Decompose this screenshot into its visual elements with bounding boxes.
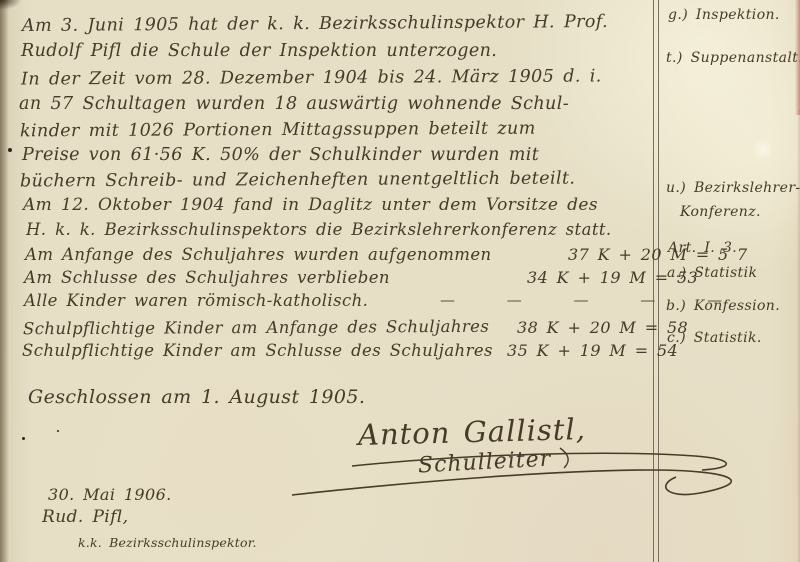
chronicle-line: Rudolf Pifl die Schule der Inspektion un…	[21, 43, 497, 61]
stat-value: 35 K + 19 M = 54	[507, 343, 678, 359]
stat-label: Am Schlusse des Schuljahres verblieben	[24, 270, 390, 287]
margin-note: Art. I. 3.	[668, 241, 737, 255]
ink-speck	[57, 430, 59, 432]
ink-speck	[8, 148, 12, 152]
margin-note: b.) Konfession.	[666, 299, 780, 313]
stat-value: 38 K + 20 M = 58	[517, 320, 688, 336]
signature-title: Schulleiter	[418, 449, 552, 478]
margin-note: u.) Bezirkslehrer-	[666, 181, 800, 195]
chronicle-line: an 57 Schultagen wurden 18 auswärtig woh…	[19, 96, 569, 114]
margin-note: c.) Statistik.	[667, 331, 762, 345]
chronicle-line: kinder mit 1026 Portionen Mittagssuppen …	[20, 121, 536, 141]
paper-flaw	[752, 138, 774, 160]
dark-corner	[0, 0, 22, 10]
stat-label: Schulpflichtige Kinder am Anfange des Sc…	[23, 319, 489, 338]
inspector-title: k.k. Bezirksschulinspektor.	[78, 537, 257, 550]
stat-label: Am Anfange des Schuljahres wurden aufgen…	[25, 247, 492, 264]
margin-note: Konferenz.	[680, 205, 761, 219]
margin-note: a.) Statistik	[667, 266, 757, 280]
chronicle-line: Am 3. Juni 1905 hat der k. k. Bezirkssch…	[22, 14, 608, 36]
stat-label: Alle Kinder waren römisch-katholisch.	[24, 293, 368, 310]
chronicle-line: Preise von 61·56 K. 50% der Schulkinder …	[22, 147, 539, 165]
binding-shadow	[0, 0, 9, 562]
inspector-date: 30. Mai 1906.	[48, 487, 172, 503]
chronicle-line: H. k. k. Bezirksschulinspektors die Bezi…	[26, 222, 612, 239]
closing-line: Geschlossen am 1. August 1905.	[28, 388, 365, 407]
stat-label: Schulpflichtige Kinder am Schlusse des S…	[22, 343, 493, 360]
inspector-name: Rud. Pifl,	[42, 509, 128, 526]
ink-speck	[22, 437, 25, 440]
margin-note: g.) Inspektion.	[668, 8, 780, 22]
margin-note: t.) Suppenanstalt.	[666, 51, 800, 65]
signature-name: Anton Gallistl,	[358, 415, 587, 450]
chronicle-line: In der Zeit vom 28. Dezember 1904 bis 24…	[21, 68, 602, 89]
chronicle-line: Am 12. Oktober 1904 fand in Daglitz unte…	[23, 197, 598, 214]
chronicle-line: büchern Schreib- und Zeichenheften unent…	[20, 171, 575, 191]
chronicle-page: Am 3. Juni 1905 hat der k. k. Bezirkssch…	[0, 0, 800, 562]
